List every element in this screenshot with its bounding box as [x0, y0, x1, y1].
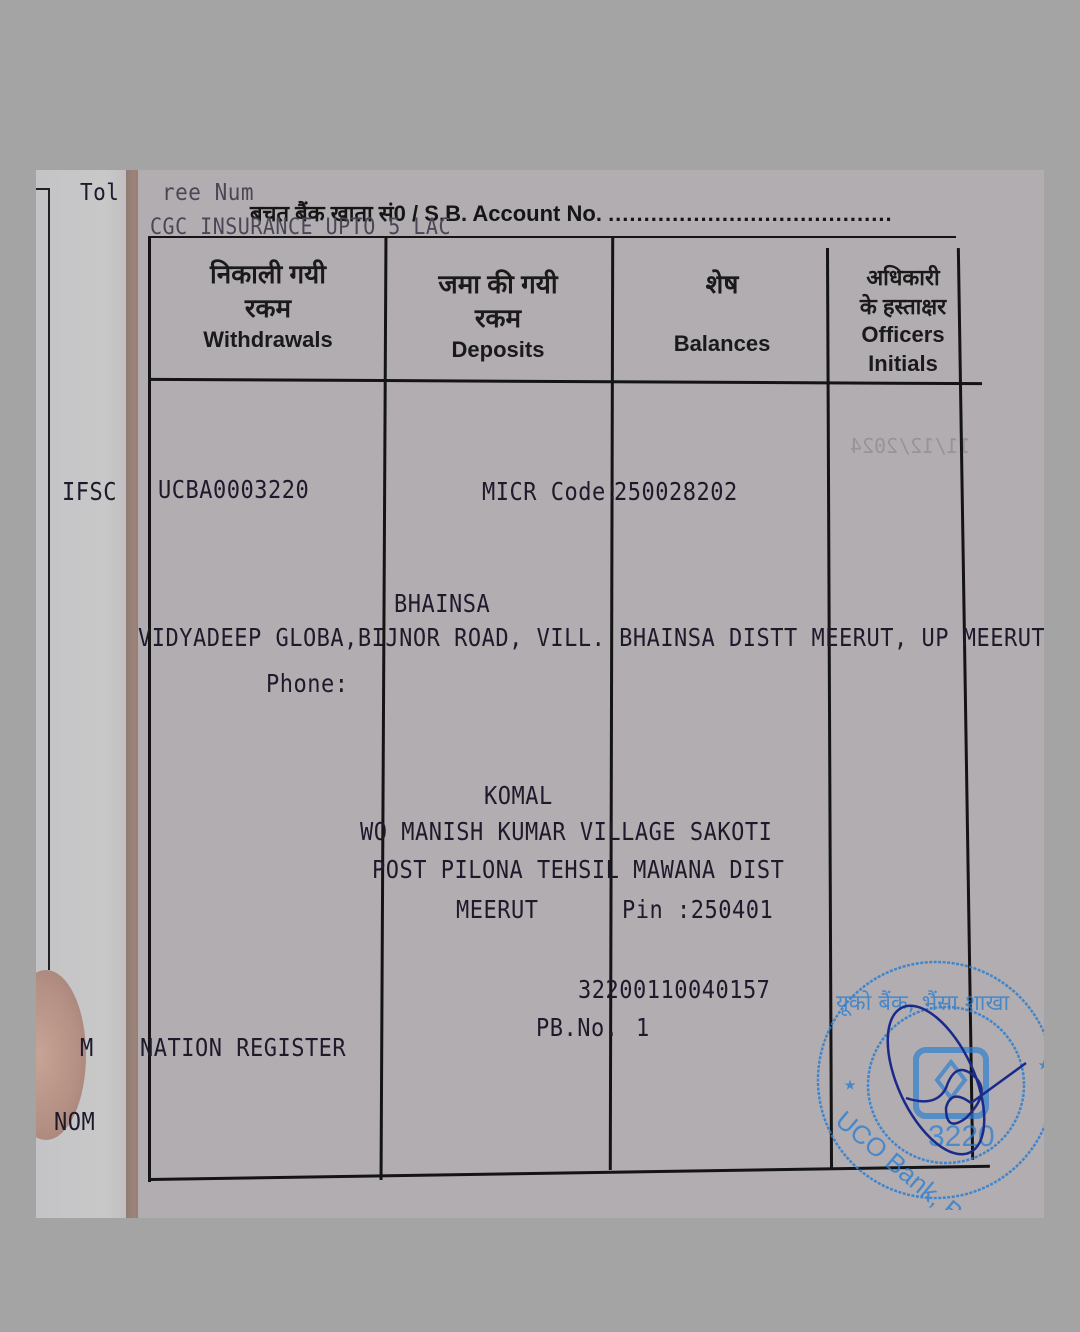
header-bottom-border [150, 378, 982, 385]
passbook-number-label: PB.No. [536, 1015, 618, 1043]
nomination-register: NATION REGISTER [140, 1035, 346, 1063]
column-header-deposits: जमा की गयी रकम Deposits [386, 268, 610, 364]
customer-address-line3: MEERUT [456, 897, 538, 925]
branch-address: VIDYADEEP GLOBA,BIJNOR ROAD, VILL. BHAIN… [138, 625, 1044, 653]
customer-pin: Pin :250401 [622, 897, 773, 925]
svg-text:यूको बैंक, भैंसा शाखा: यूको बैंक, भैंसा शाखा [836, 990, 1009, 1017]
customer-address-line2: POST PILONA TEHSIL MAWANA DIST [372, 857, 784, 885]
column-header-officers-initials: अधिकारी के हस्ताक्षर Officers Initials [834, 264, 972, 378]
bleed-through-date: 11/12/2024 [850, 434, 970, 458]
phone-label: Phone: [266, 671, 348, 699]
ifsc-label: IFSC [62, 479, 117, 507]
branch-name: BHAINSA [394, 591, 490, 619]
account-number: 32200110040157 [578, 977, 770, 1005]
passbook-number: 1 [636, 1015, 650, 1043]
sb-account-number-blank: ........................................ [608, 201, 893, 226]
nominee-prefix: NOM [54, 1109, 95, 1137]
svg-text:★: ★ [844, 1071, 856, 1095]
ifsc-value: UCBA0003220 [158, 477, 309, 505]
column-divider-1 [380, 236, 388, 1180]
micr-label: MICR Code: [482, 479, 619, 507]
customer-name: KOMAL [484, 783, 553, 811]
column-header-balances: शेष Balances [614, 268, 830, 358]
nomination-prefix: M [80, 1035, 94, 1063]
bank-stamp: 3220 UCO Bank, Bhainsa Branch यूको बैंक,… [806, 950, 1044, 1210]
toll-free-prefix: Tol [80, 179, 119, 206]
customer-address-line1: WO MANISH KUMAR VILLAGE SAKOTI [360, 819, 772, 847]
micr-value: 250028202 [614, 479, 738, 507]
passbook-photo: Tol IFSC M NOM ree Num बचत बैंक खाता सं0… [36, 170, 1044, 1218]
svg-text:★: ★ [1038, 1051, 1044, 1075]
toll-free-label: ree Num [162, 179, 254, 206]
left-page-frame [36, 188, 50, 970]
left-page-strip: Tol IFSC M NOM [36, 170, 136, 1218]
table-top-border [150, 236, 956, 238]
column-header-withdrawals: निकाली गयी रकम Withdrawals [154, 258, 382, 354]
